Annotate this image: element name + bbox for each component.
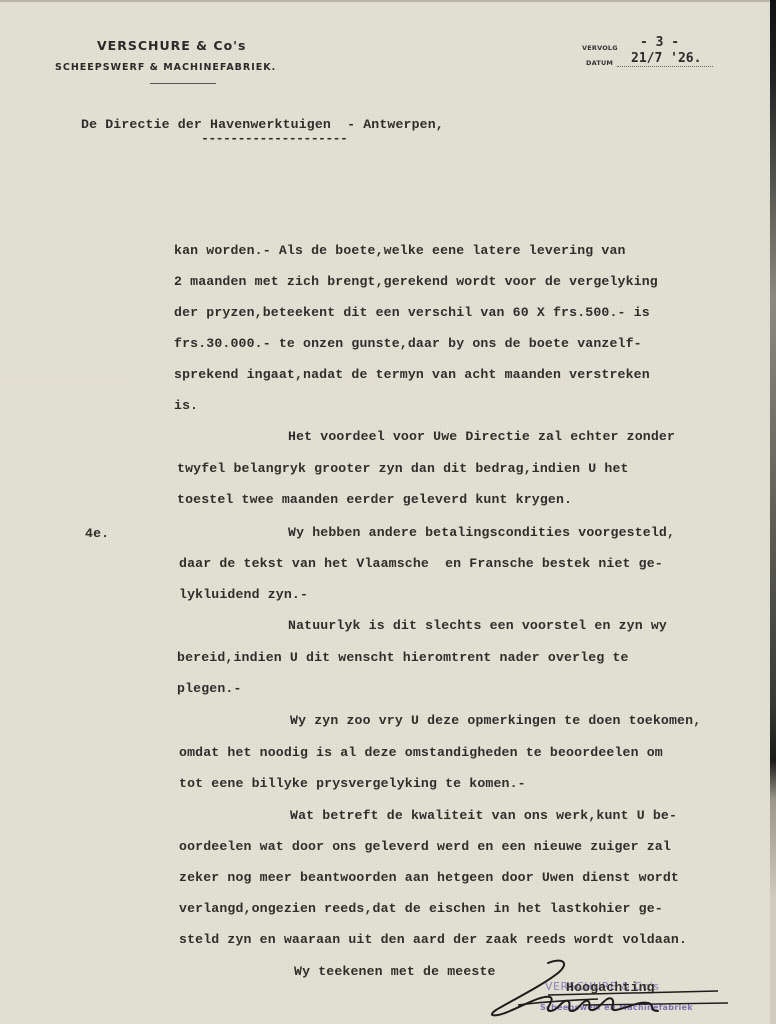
margin-section-number: 4e. — [85, 526, 109, 541]
body-line: steld zyn en waaraan uit den aard der za… — [179, 932, 687, 947]
datum-value: 21/7 '26. — [631, 51, 701, 66]
body-line: zeker nog meer beantwoorden aan hetgeen … — [179, 870, 679, 885]
vervolg-page-number: - 3 - — [640, 35, 679, 50]
body-line: sprekend ingaat,nadat de termyn van acht… — [174, 367, 650, 382]
body-line: kan worden.- Als de boete,welke eene lat… — [174, 243, 626, 258]
letterhead-subtitle: SCHEEPSWERF & MACHINEFABRIEK. — [55, 62, 276, 73]
body-line: Natuurlyk is dit slechts een voorstel en… — [288, 618, 667, 633]
body-line: oordeelen wat door ons geleverd werd en … — [179, 839, 671, 854]
letterhead-company-name: VERSCHURE & Co's — [97, 38, 246, 53]
body-line: Het voordeel voor Uwe Directie zal echte… — [288, 429, 675, 444]
body-line: toestel twee maanden eerder geleverd kun… — [177, 492, 572, 507]
body-line: tot eene billyke prysvergelyking te kome… — [179, 776, 526, 791]
body-line: daar de tekst van het Vlaamsche en Frans… — [179, 556, 663, 571]
body-line: frs.30.000.- te onzen gunste,daar by ons… — [174, 336, 642, 351]
body-line: Wy zyn zoo vry U deze opmerkingen te doe… — [290, 713, 701, 728]
body-line: verlangd,ongezien reeds,dat de eischen i… — [179, 901, 663, 916]
body-line: plegen.- — [177, 681, 242, 696]
datum-dotted-line — [617, 66, 713, 67]
body-line: lykluidend zyn.- — [179, 587, 308, 602]
body-line: bereid,indien U dit wenscht hieromtrent … — [177, 650, 629, 665]
body-line: 2 maanden met zich brengt,gerekend wordt… — [174, 274, 658, 289]
closing-line: Wy teekenen met de meeste — [294, 964, 496, 979]
datum-label: DATUM — [586, 59, 613, 67]
body-line: twyfel belangryk grooter zyn dan dit bed… — [177, 461, 629, 476]
page-top-edge — [0, 0, 770, 2]
page-right-edge-shadow — [770, 0, 776, 1024]
vervolg-label: VERVOLG — [582, 44, 618, 52]
letterhead-divider — [150, 83, 216, 84]
letter-page: VERSCHURE & Co's SCHEEPSWERF & MACHINEFA… — [0, 0, 770, 1024]
body-line: omdat het noodig is al deze omstandighed… — [179, 745, 663, 760]
handwritten-signature-icon — [488, 955, 738, 1024]
body-line: Wat betreft de kwaliteit van ons werk,ku… — [290, 808, 677, 823]
addressee-underline: -------------------- — [201, 131, 347, 146]
body-line: is. — [174, 398, 198, 413]
addressee-line: De Directie der Havenwerktuigen - Antwer… — [81, 117, 444, 132]
body-line: Wy hebben andere betalingscondities voor… — [288, 525, 675, 540]
body-line: der pryzen,beteekent dit een verschil va… — [174, 305, 650, 320]
